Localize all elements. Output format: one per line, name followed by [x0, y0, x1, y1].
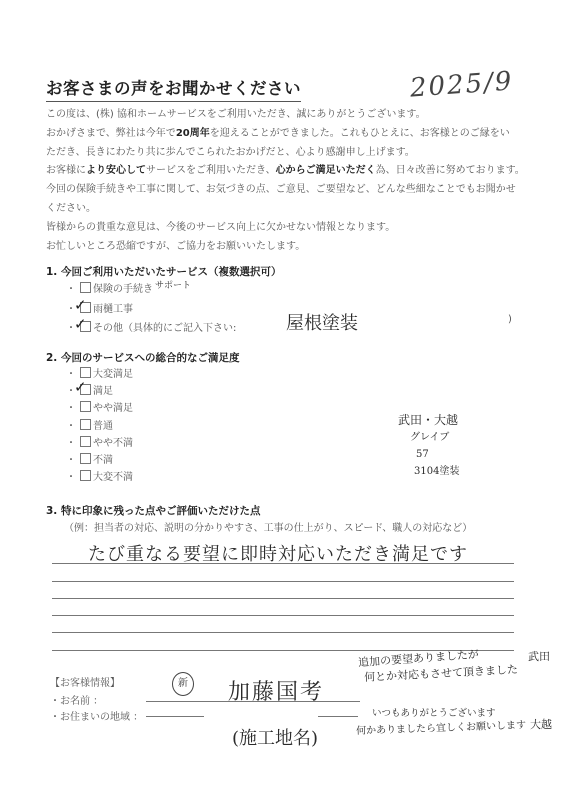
q1-options: ・保険の手続きサポート ・✓雨樋工事 ・✓その他（具体的にご記入下さい:	[66, 280, 236, 338]
checkbox-unchecked[interactable]	[80, 419, 91, 430]
staff-note-1-sign: 武田	[528, 648, 550, 664]
q1-other-answer: 屋根塗装	[286, 309, 358, 335]
intro-line: 今回の保険手続きや工事に関して、お気づきの点、ご意見、ご要望など、どんな些細なこ…	[46, 181, 526, 200]
q1-option-gutter[interactable]: ・✓雨樋工事	[66, 300, 236, 319]
q2-title: 2. 今回のサービスへの総合的なご満足度	[46, 350, 239, 365]
answer-line	[52, 598, 514, 599]
intro-line: お忙しいところ恐縮ですが、ご協力をお願いいたします。	[46, 238, 526, 257]
intro-text: この度は、(株) 協和ホームサービスをご利用いただき、誠にありがとうございます。…	[46, 106, 526, 256]
answer-line	[52, 632, 514, 633]
page-title: お客さまの声をお聞かせください	[46, 75, 301, 102]
area-underline	[146, 716, 204, 717]
checkbox-unchecked[interactable]	[80, 436, 91, 447]
checkbox-unchecked[interactable]	[80, 453, 91, 464]
checkbox-unchecked[interactable]	[80, 401, 91, 412]
q2-side-note: 武田・大越 グレイブ 57 3104塗装	[398, 412, 498, 480]
checkbox-unchecked[interactable]	[80, 470, 91, 481]
q2-option[interactable]: ・やや満足	[66, 400, 133, 417]
answer-line	[52, 581, 514, 582]
customer-section-label: 【お客様情報】	[50, 674, 120, 689]
checkmark-icon: ✓	[74, 379, 87, 396]
answer-line	[52, 563, 514, 564]
intro-line: ただき、長きにわたり共に歩んでこられたおかげだと、心より感謝申し上げます。	[46, 144, 526, 163]
staff-note-2-sign: 大越	[530, 716, 552, 732]
intro-line: この度は、(株) 協和ホームサービスをご利用いただき、誠にありがとうございます。	[46, 106, 526, 125]
q2-option[interactable]: ・普通	[66, 418, 133, 435]
close-paren: )	[508, 314, 512, 325]
answer-line	[52, 615, 514, 616]
intro-line: 皆様からの貴重な意見は、今後のサービス向上に欠かせない情報となります。	[46, 219, 526, 238]
q2-options: ・大変満足 ・✓満足 ・やや満足 ・普通 ・やや不満 ・不満 ・大変不満	[66, 366, 133, 486]
q3-title: 3. 特に印象に残った点やご評価いただけた点	[46, 503, 260, 518]
handwritten-date: 2025/9	[409, 66, 514, 103]
area-underline	[318, 716, 358, 717]
intro-line: ください。	[46, 200, 526, 219]
checkbox-unchecked[interactable]	[80, 367, 91, 378]
survey-page: お客さまの声をお聞かせください 2025/9 この度は、(株) 協和ホームサービ…	[0, 0, 564, 800]
q2-option[interactable]: ・やや不満	[66, 435, 133, 452]
q1-title: 1. 今回ご利用いただいたサービス（複数選択可）	[46, 264, 281, 279]
name-label: ・お名前 ：	[50, 692, 103, 707]
checkbox-unchecked[interactable]	[80, 282, 91, 293]
staff-note-2-line2: 何かありましたら宜しくお願いします	[356, 716, 526, 737]
checkmark-icon: ✓	[74, 315, 87, 334]
intro-line: おかげさまで、弊社は今年で20周年を迎えることができました。これもひとえに、お客…	[46, 125, 526, 144]
intro-line: お客様により安心してサービスをご利用いただき、心からご満足いただく為、日々改善に…	[46, 162, 526, 181]
handwritten-note: サポート	[155, 281, 191, 291]
new-customer-stamp: 新	[172, 672, 194, 696]
name-underline	[146, 701, 360, 702]
q2-option[interactable]: ・大変不満	[66, 469, 133, 486]
q3-example: （例：担当者の対応、説明の分かりやすさ、工事の仕上がり、スピード、職人の対応など…	[64, 519, 472, 534]
q1-option-other[interactable]: ・✓その他（具体的にご記入下さい:	[66, 319, 236, 338]
q2-option[interactable]: ・✓満足	[66, 383, 133, 400]
area-label: ・お住まいの地域 ：	[50, 708, 143, 723]
customer-area-value[interactable]: (施工地名)	[232, 724, 318, 750]
q1-option-insurance[interactable]: ・保険の手続きサポート	[66, 280, 236, 300]
q2-option[interactable]: ・不満	[66, 452, 133, 469]
checkmark-icon: ✓	[74, 296, 87, 315]
